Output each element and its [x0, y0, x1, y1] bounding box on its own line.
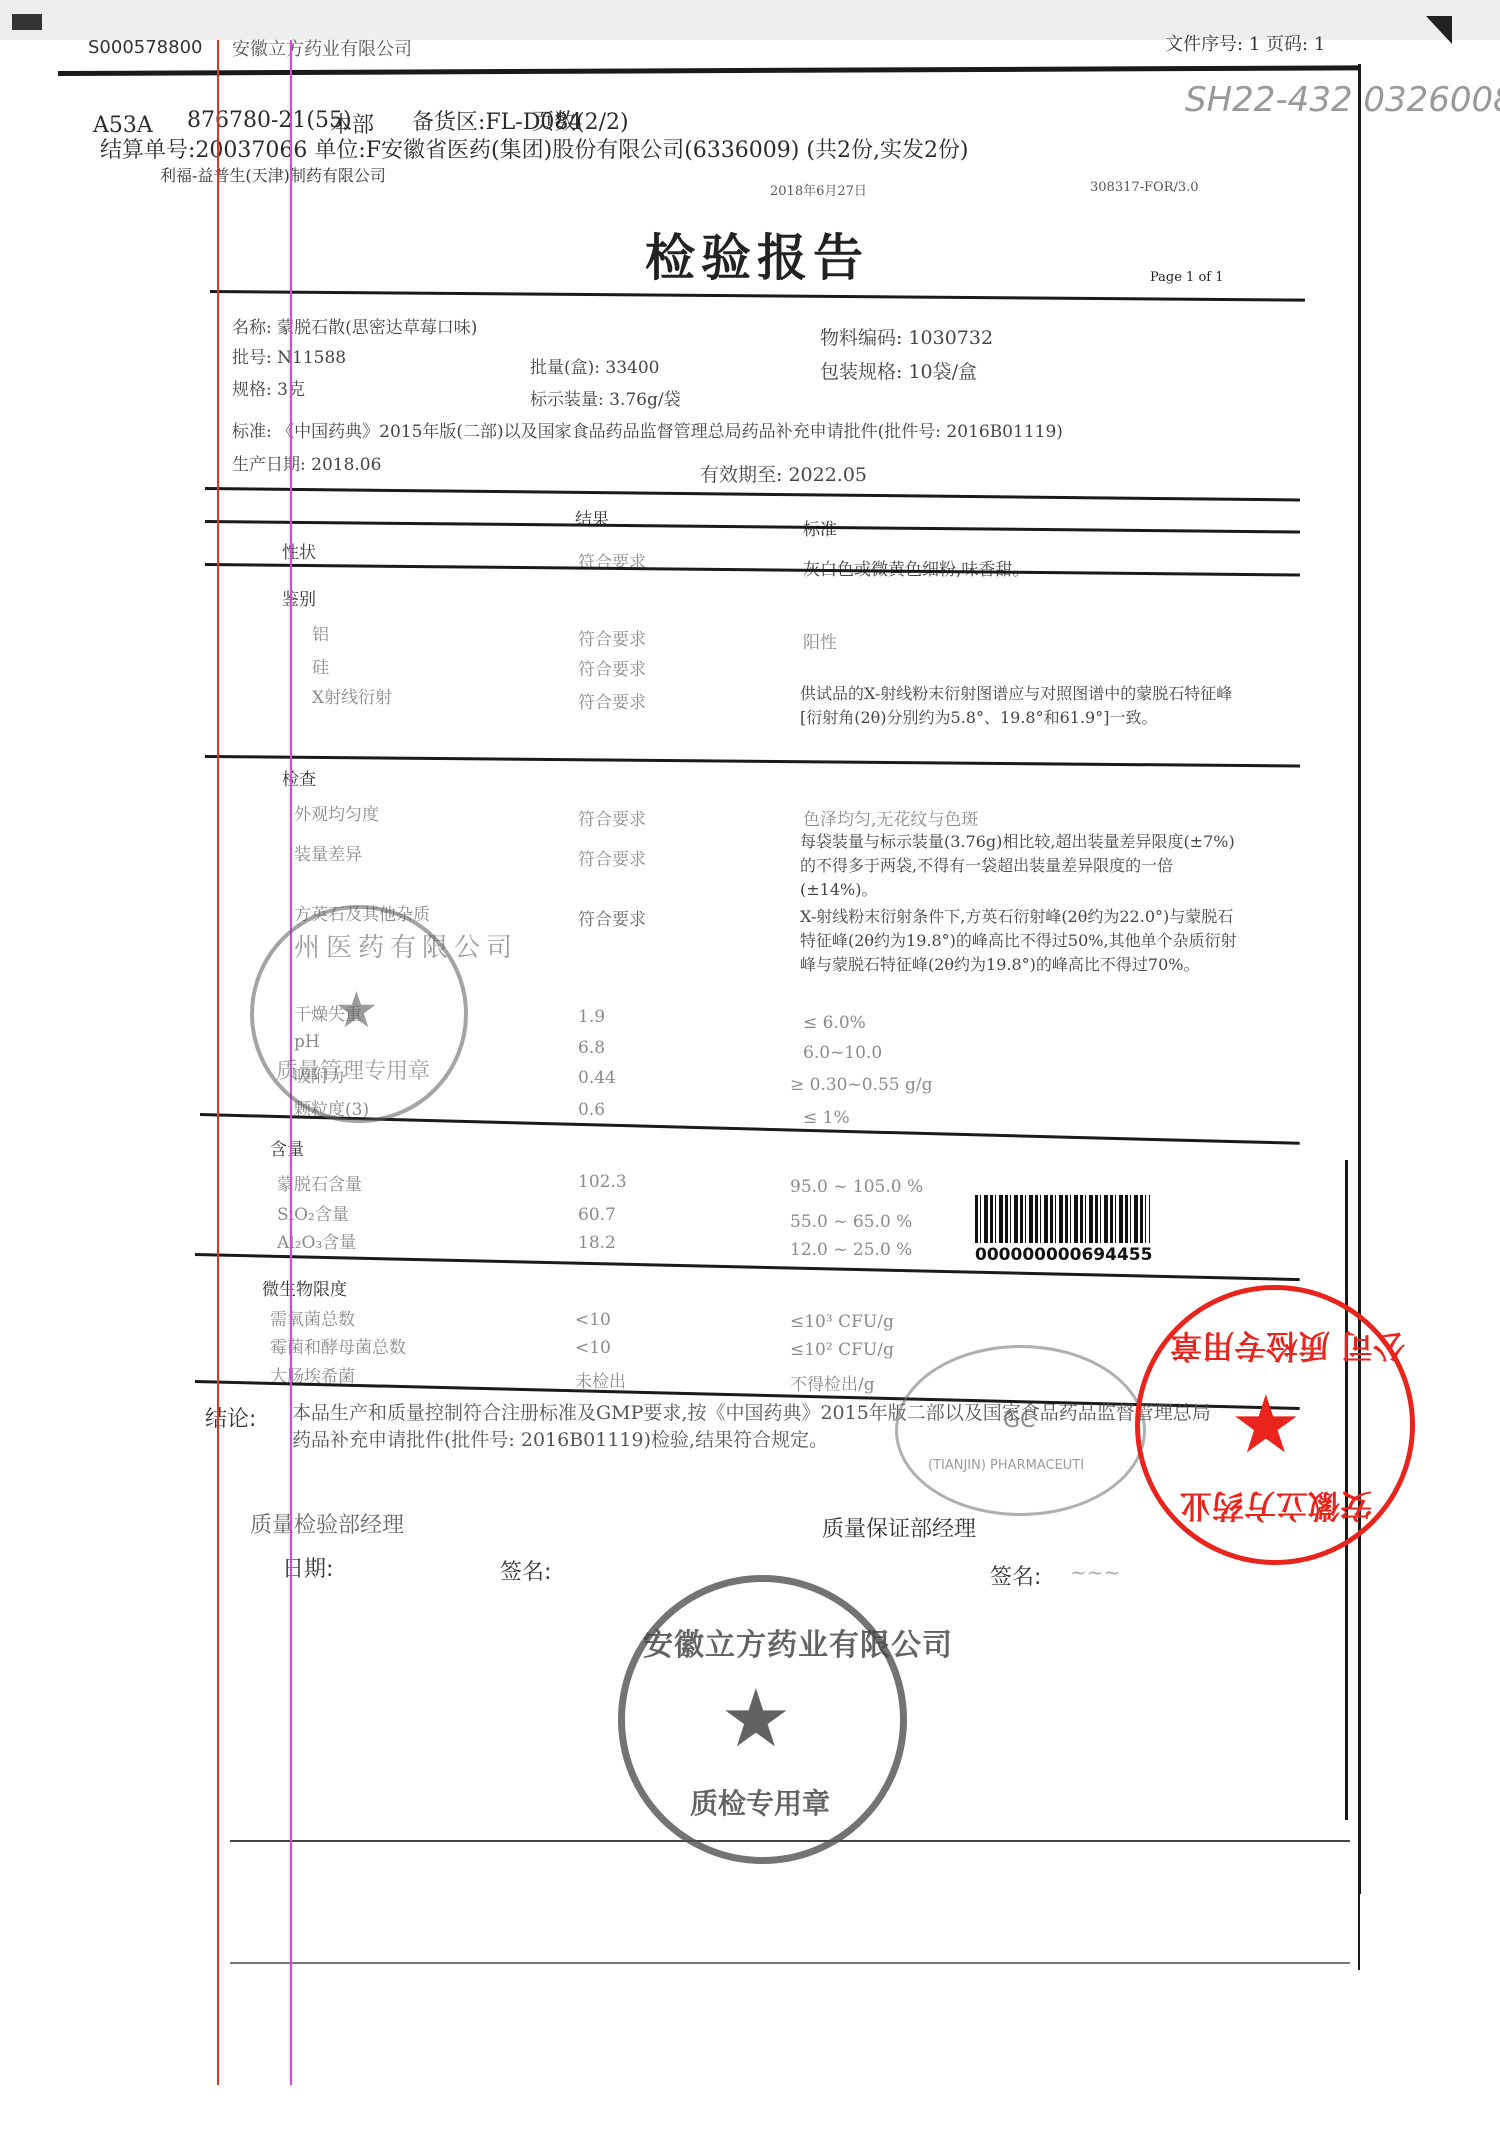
spec-field: 规格: 3克 [232, 375, 305, 400]
result-aerobic: <10 [575, 1310, 611, 1330]
labeled-amount-label: 标示装量: [530, 390, 604, 410]
mfg-date-label: 生产日期: [232, 455, 306, 475]
signature-qa: ~~~ [1070, 1560, 1120, 1584]
result-mold-yeast: <10 [575, 1338, 611, 1358]
form-code: 308317-FOR/3.0 [1090, 180, 1199, 195]
result-al2o3: 18.2 [578, 1233, 616, 1253]
result-particle-size: 0.6 [578, 1100, 605, 1120]
page-bottom-rule-2 [230, 1962, 1350, 1964]
result-ecoli: 未检出 [575, 1367, 626, 1392]
standard-ecoli: 不得检出/g [790, 1370, 875, 1395]
stamp-red-star-icon: ★ [1230, 1378, 1302, 1471]
result-cristobalite: 符合要求 [578, 905, 646, 930]
labeled-amount-field: 标示装量: 3.76g/袋 [530, 385, 681, 410]
item-uniformity: 外观均匀度 [294, 800, 379, 825]
result-sio2: 60.7 [578, 1205, 616, 1225]
stamp-red-top-text: 公司 质检专用章 [1170, 1325, 1405, 1371]
page-right-border [1358, 64, 1361, 1894]
spec-label: 规格: [232, 380, 272, 400]
item-xrd: X射线衍射 [312, 683, 392, 708]
standard: 《中国药典》2015年版(二部)以及国家食品药品监督管理总局药品补充申请批件(批… [277, 422, 1063, 442]
item-aerobic: 需氧菌总数 [270, 1305, 355, 1330]
stamp-center-star-icon: ★ [720, 1672, 792, 1765]
stamp-oval-text: GC [1003, 1408, 1035, 1433]
standard-sio2: 55.0 ~ 65.0 % [790, 1212, 912, 1232]
item-sio2: SiO₂含量 [277, 1200, 349, 1225]
mfg-date: 2018.06 [311, 455, 381, 475]
page-number: 1 [1314, 34, 1325, 55]
stamp-center-top-text: 安徽立方药业有限公司 [643, 1620, 953, 1664]
standard-fill-variation: 每袋装量与标示装量(3.76g)相比较,超出装量差异限度(±7%)的不得多于两袋… [800, 830, 1240, 902]
stamp-center-bottom-text: 质检专用章 [690, 1782, 830, 1822]
result-loss-on-drying: 1.9 [578, 1007, 605, 1027]
scan-corner-fold [1426, 16, 1452, 44]
file-seq-label: 文件序号: [1165, 34, 1243, 55]
report-title: 检验报告 [645, 218, 869, 290]
report-date: 2018年6月27日 [770, 180, 867, 199]
standard-al2o3: 12.0 ~ 25.0 % [790, 1240, 912, 1260]
qa-manager-label: 质量保证部经理 [822, 1512, 976, 1543]
barcode-number: 000000000694455 [975, 1245, 1152, 1265]
standard-smectite: 95.0 ~ 105.0 % [790, 1177, 923, 1197]
order-number: 876780-21(55) [187, 108, 352, 133]
batch-label: 批号: [232, 348, 272, 368]
standard-xrd: 供试品的X-射线粉末衍射图谱应与对照图谱中的蒙脱石特征峰[衍射角(2θ)分别约为… [800, 682, 1240, 730]
header-company: 安徽立方药业有限公司 [232, 35, 412, 61]
batch-qty-label: 批量(盒): [530, 358, 600, 378]
stamp-left-bottom-text: 质量管理专用章 [276, 1054, 430, 1085]
standard-mold-yeast: ≤10² CFU/g [790, 1340, 894, 1360]
batch-qty-field: 批量(盒): 33400 [530, 353, 660, 378]
qc-manager-label: 质量检验部经理 [250, 1508, 404, 1539]
expiry-label: 有效期至: [700, 464, 782, 486]
batch: N11588 [277, 348, 346, 368]
sign-label-qa: 签名: [990, 1560, 1041, 1591]
sign-label-qc: 签名: [500, 1555, 551, 1586]
stamp-oval-gray: GC (TIANJIN) PHARMACEUTI [895, 1345, 1146, 1516]
result-uniformity: 符合要求 [578, 805, 646, 830]
package-field: 包装规格: 10袋/盒 [820, 357, 977, 384]
file-seq: 1 [1249, 34, 1260, 55]
standard-uniformity: 色泽均匀,无花纹与色斑 [803, 805, 978, 830]
result-aluminum: 符合要求 [578, 625, 646, 650]
item-al2o3: Al₂O₃含量 [277, 1228, 356, 1253]
section-identification: 鉴别 [282, 585, 316, 610]
section-assay: 含量 [270, 1135, 304, 1160]
stamp-center-gray: 安徽立方药业有限公司 ★ 质检专用章 [618, 1575, 907, 1864]
page-count: 页数(2/2) [532, 105, 629, 136]
stamp-oval-bottom-text: (TIANJIN) PHARMACEUTI [928, 1458, 1084, 1473]
header-rule [58, 65, 1358, 76]
handwritten-note: SH22-432 0326008 [1185, 80, 1500, 120]
conclusion-label: 结论: [205, 1402, 256, 1433]
title-rule [210, 290, 1305, 302]
barcode [975, 1195, 1150, 1243]
labeled-amount: 3.76g/袋 [609, 390, 680, 410]
result-adsorption: 0.44 [578, 1068, 616, 1088]
standard-particle-size: ≤ 1% [803, 1108, 850, 1128]
expiry-field: 有效期至: 2022.05 [700, 460, 867, 487]
doc-id: S000578800 [88, 37, 203, 58]
package: 10袋/盒 [908, 361, 977, 383]
page-right-border-lower [1358, 1880, 1360, 1970]
item-silicon: 硅 [312, 653, 329, 678]
product-name-field: 名称: 蒙脱石散(思密达草莓口味) [232, 313, 477, 338]
standard-field: 标准: 《中国药典》2015年版(二部)以及国家食品药品监督管理总局药品补充申请… [232, 417, 1063, 442]
scan-corner-mark [12, 14, 42, 30]
result-xrd: 符合要求 [578, 688, 646, 713]
stamp-red-bottom-text: 安徽立方药业 [1180, 1485, 1372, 1531]
standard-cristobalite: X-射线粉末衍射条件下,方英石衍射峰(2θ约为22.0°)与蒙脱石特征峰(2θ约… [800, 905, 1240, 977]
page-label: 页码: [1266, 34, 1308, 55]
header-row-rule [205, 520, 1300, 534]
stamp-left-star-icon: ★ [334, 981, 379, 1039]
standard-appearance: 灰白色或微黄色细粉,味香甜。 [803, 555, 1029, 580]
material-code-field: 物料编码: 1030732 [820, 323, 993, 350]
standard-ph: 6.0~10.0 [803, 1043, 882, 1063]
section-appearance: 性状 [282, 538, 316, 563]
file-seq-page: 文件序号: 1 页码: 1 [1165, 30, 1325, 56]
section-tests: 检查 [282, 765, 316, 790]
item-aluminum: 铝 [312, 620, 329, 645]
appearance-rule [205, 563, 1300, 577]
expiry: 2022.05 [788, 464, 867, 486]
margin-line-red [217, 40, 219, 2085]
product-name-label: 名称: [232, 318, 272, 338]
stamp-right-red: 公司 质检专用章 ★ 安徽立方药业 [1135, 1285, 1415, 1565]
standard-aerobic: ≤10³ CFU/g [790, 1312, 894, 1332]
result-smectite: 102.3 [578, 1172, 627, 1192]
item-fill-variation: 装量差异 [294, 840, 362, 865]
standard-label: 标准: [232, 422, 272, 442]
material-code: 1030732 [908, 327, 993, 349]
stamp-left-gray: 州医药有限公司 ★ 质量管理专用章 [250, 905, 468, 1123]
standard-aluminum: 阳性 [803, 628, 837, 653]
stamp-left-top-text: 州医药有限公司 [294, 927, 518, 964]
material-code-label: 物料编码: [820, 327, 902, 349]
result-fill-variation: 符合要求 [578, 845, 646, 870]
mfg-date-field: 生产日期: 2018.06 [232, 450, 381, 475]
standard-adsorption: ≥ 0.30~0.55 g/g [790, 1075, 933, 1095]
result-silicon: 符合要求 [578, 655, 646, 680]
page-info: Page 1 of 1 [1150, 270, 1224, 285]
result-ph: 6.8 [578, 1038, 605, 1058]
standard-loss-on-drying: ≤ 6.0% [803, 1013, 866, 1033]
product-name: 蒙脱石散(思密达草莓口味) [277, 318, 477, 338]
manufacturer: 利福-益普生(天津)制药有限公司 [160, 163, 386, 186]
package-label: 包装规格: [820, 361, 902, 383]
section-microbial: 微生物限度 [262, 1275, 347, 1300]
batch-qty: 33400 [605, 358, 659, 378]
settlement-line: 结算单号:20037066 单位:F安徽省医药(集团)股份有限公司(633600… [100, 133, 969, 164]
info-rule [205, 487, 1300, 501]
identification-rule [205, 755, 1300, 768]
